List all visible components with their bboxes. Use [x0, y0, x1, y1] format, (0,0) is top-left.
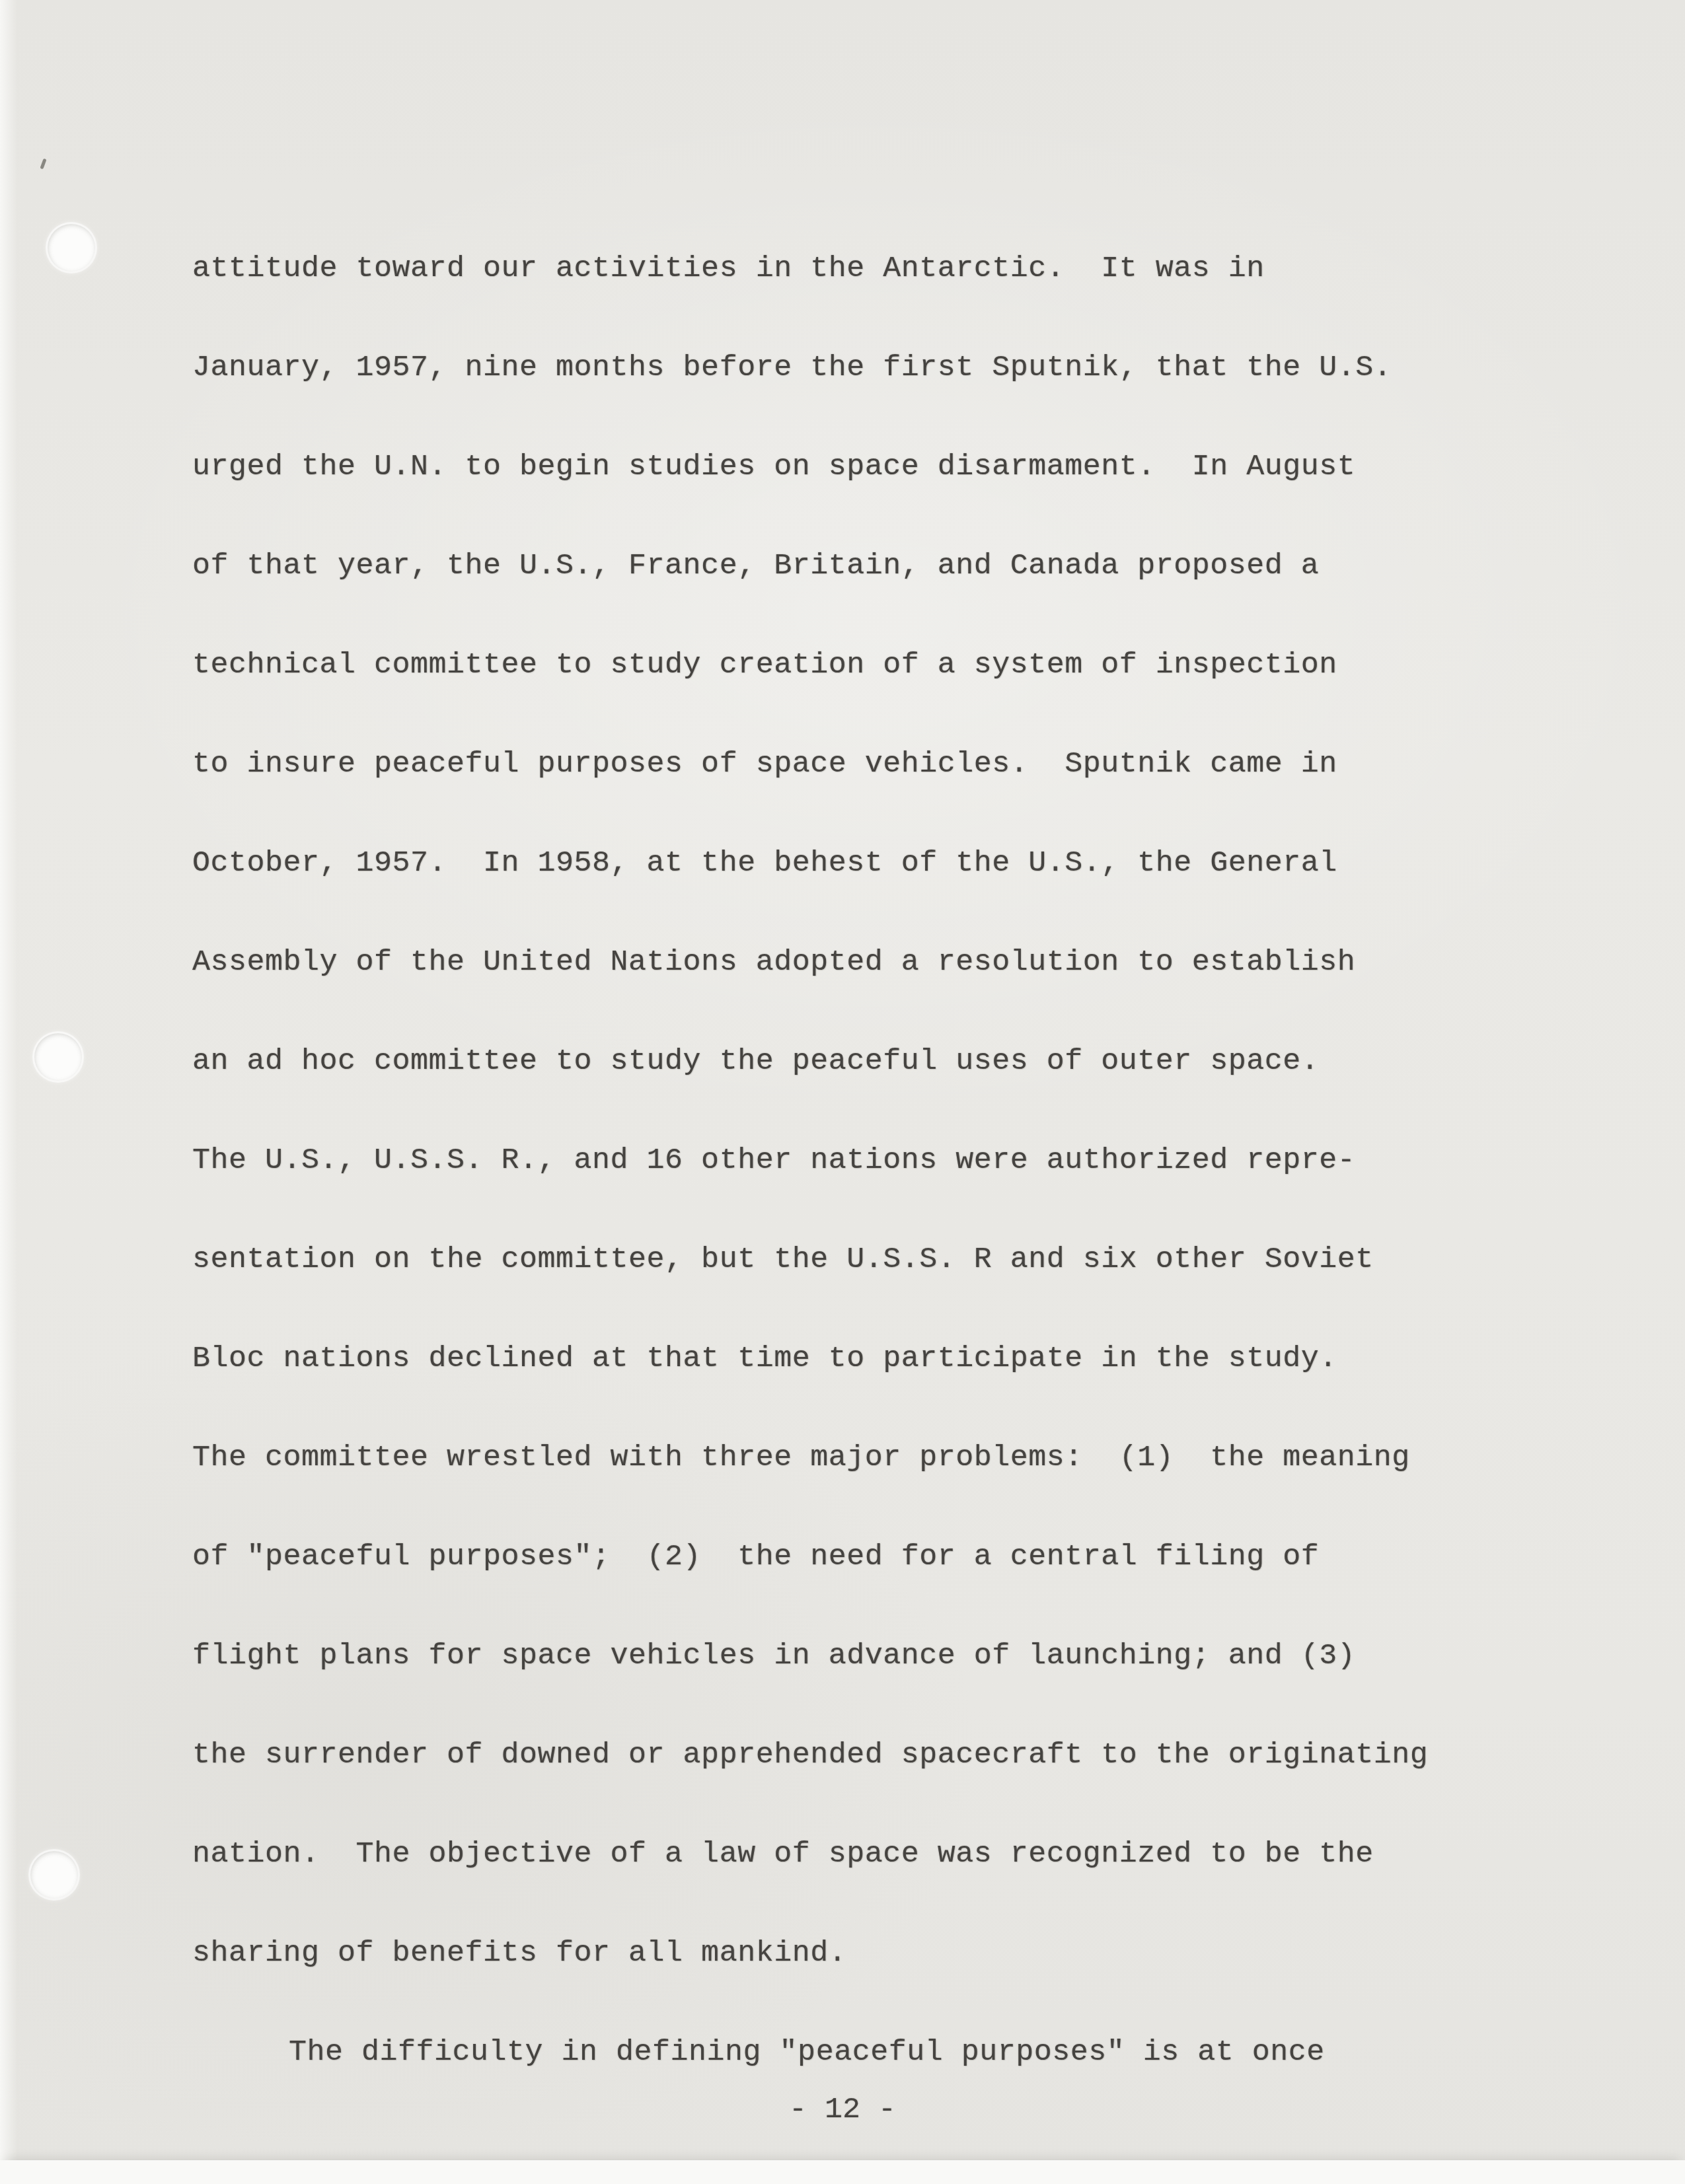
text-line: an ad hoc committee to study the peacefu…	[192, 1012, 1646, 1111]
text-line: urged the U.N. to begin studies on space…	[192, 418, 1646, 517]
text-line: Bloc nations declined at that time to pa…	[192, 1309, 1646, 1408]
text-line: of "peaceful purposes"; (2) the need for…	[192, 1508, 1646, 1607]
text-line: The U.S., U.S.S. R., and 16 other nation…	[192, 1111, 1646, 1210]
text-line: sentation on the committee, but the U.S.…	[192, 1210, 1646, 1309]
text-line: to insure peaceful purposes of space veh…	[192, 715, 1646, 814]
text-line: October, 1957. In 1958, at the behest of…	[192, 814, 1646, 913]
scanned-typewritten-page: { "document": { "lines": [ "attitude tow…	[0, 0, 1685, 2184]
scan-left-edge	[0, 0, 17, 2184]
text-line: Assembly of the United Nations adopted a…	[192, 913, 1646, 1012]
text-line: nation. The objective of a law of space …	[192, 1805, 1646, 1904]
typewritten-text-block: attitude toward our activities in the An…	[192, 219, 1646, 2102]
scan-bottom-edge	[0, 2160, 1685, 2184]
text-line: the surrender of downed or apprehended s…	[192, 1706, 1646, 1805]
page-number: - 12 -	[0, 2093, 1685, 2127]
text-line: attitude toward our activities in the An…	[192, 219, 1646, 318]
text-line: The committee wrestled with three major …	[192, 1408, 1646, 1508]
punch-hole-middle	[34, 1033, 82, 1081]
text-line: flight plans for space vehicles in advan…	[192, 1607, 1646, 1706]
text-line: technical committee to study creation of…	[192, 616, 1646, 715]
punch-hole-bottom	[30, 1851, 78, 1899]
text-line-paragraph-start: The difficulty in defining "peaceful pur…	[192, 2003, 1646, 2102]
punch-hole-top	[48, 224, 95, 272]
text-line: sharing of benefits for all mankind.	[192, 1904, 1646, 2003]
text-line: January, 1957, nine months before the fi…	[192, 318, 1646, 418]
text-line: of that year, the U.S., France, Britain,…	[192, 517, 1646, 616]
